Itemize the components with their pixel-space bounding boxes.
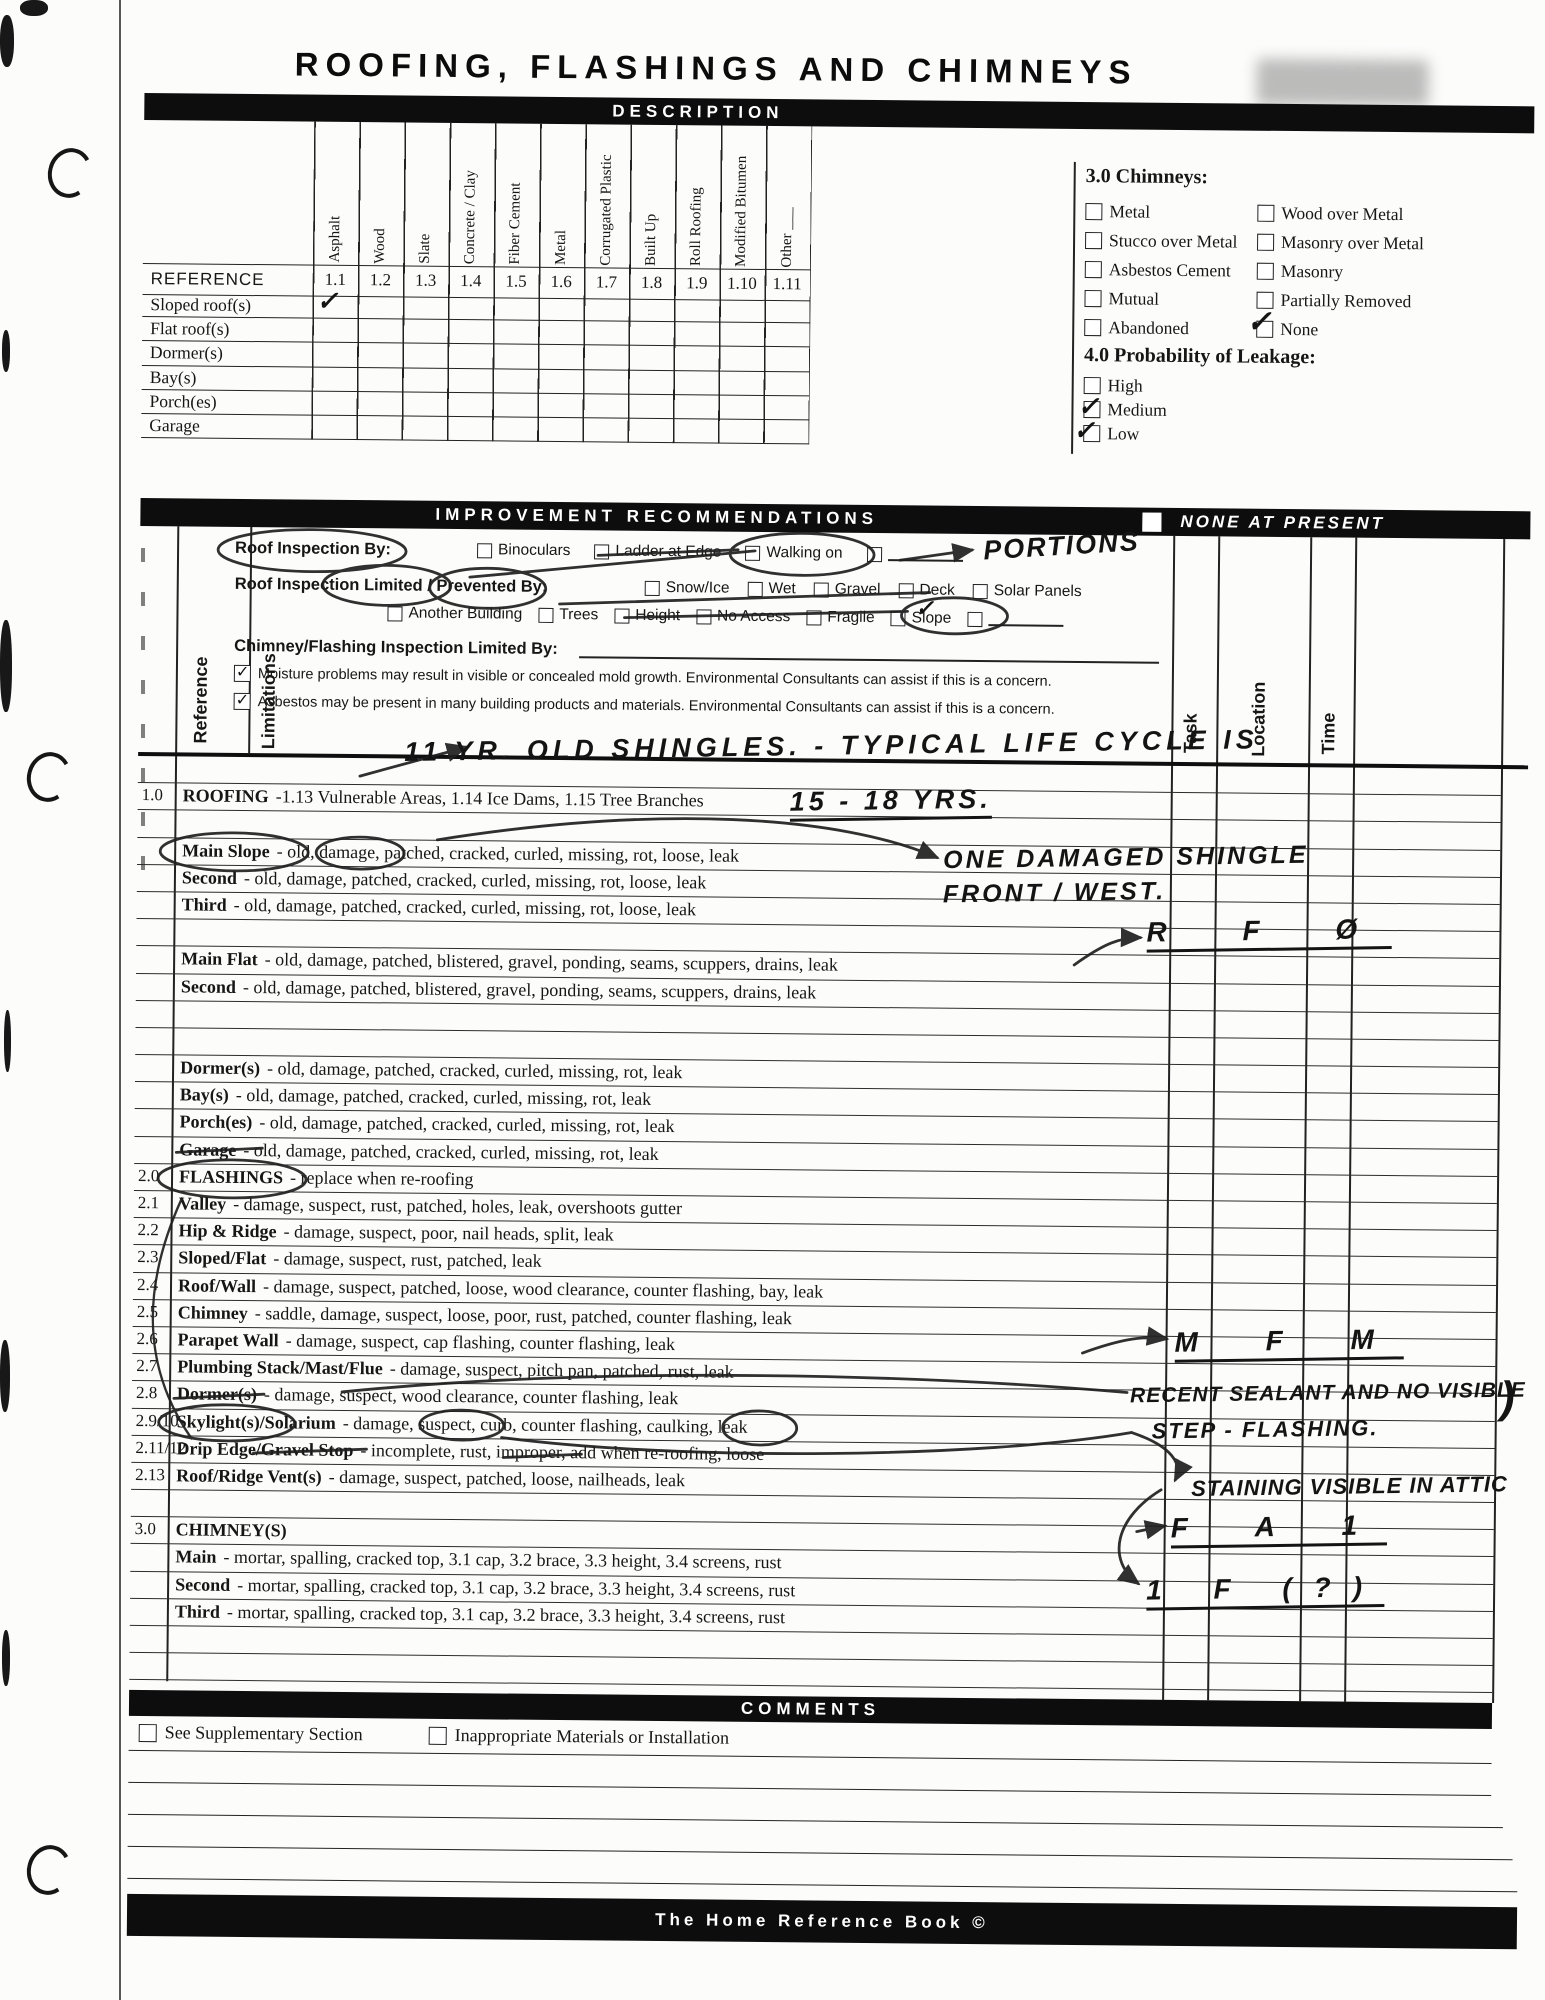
row-content: Third- mortar, spalling, cracked top, 3.…: [175, 1601, 785, 1628]
checkbox[interactable]: [477, 543, 492, 558]
option-label: Binoculars: [498, 541, 571, 560]
checkbox[interactable]: [1257, 234, 1274, 251]
asbestos-note-text: Asbestos may be present in many building…: [258, 694, 1055, 718]
checkbox[interactable]: [1257, 205, 1274, 222]
none-at-present-label: NONE AT PRESENT: [1180, 512, 1385, 534]
row-content: Third- old, damage, patched, cracked, cu…: [182, 894, 697, 920]
row-text: - damage, suspect, patched, loose, wood …: [263, 1276, 823, 1301]
material-column-label: Slate: [418, 232, 434, 266]
row-label: Dormer(s): [180, 1057, 260, 1078]
handwritten-check-slope: ✓: [915, 595, 934, 621]
handwritten-check-none: ✓: [1246, 305, 1272, 340]
ruled-line: [127, 1878, 1517, 1892]
material-column-header: Asphalt: [313, 122, 360, 265]
handwritten-sealant2: STEP - FLASHING.: [1152, 1415, 1379, 1444]
hole-punch-mark: [22, 1840, 77, 1899]
chimney-flashing-limited-label: Chimney/Flashing Inspection Limited By:: [234, 637, 558, 659]
comments-option-label: See Supplementary Section: [165, 1722, 363, 1745]
material-column-label: Modified Bitumen: [734, 153, 751, 268]
material-column-label: Concrete / Clay: [463, 168, 480, 266]
inspection-option: [967, 611, 1063, 627]
checkbox[interactable]: [645, 580, 660, 595]
row-content: Second- mortar, spalling, cracked top, 3…: [175, 1574, 795, 1601]
inspection-option: Walking on: [745, 544, 842, 563]
handwritten-fa1: F A 1: [1170, 1509, 1387, 1548]
chimney-option: Asbestos Cement: [1085, 255, 1257, 286]
inspection-option: [867, 546, 963, 562]
material-column-label: Metal: [553, 228, 569, 267]
checked-checkbox[interactable]: [234, 693, 251, 710]
chimneys-heading: 3.0 Chimneys:: [1086, 165, 1208, 189]
row-label: Main Slope: [182, 840, 270, 861]
redacted-text: [1256, 59, 1428, 107]
checkbox[interactable]: [429, 1726, 447, 1744]
row-text: - mortar, spalling, cracked top, 3.1 cap…: [237, 1575, 795, 1600]
material-column-header: Fiber Cement: [494, 123, 541, 266]
page-title: ROOFING, FLASHINGS AND CHIMNEYS: [295, 45, 1138, 91]
checkbox[interactable]: [745, 545, 760, 560]
checkbox[interactable]: [538, 607, 553, 622]
handwritten-front-west: FRONT / WEST.: [943, 877, 1167, 909]
material-column-header: Slate: [403, 122, 450, 265]
inspection-option: Snow/Ice: [645, 579, 730, 598]
leakage-option-label: Medium: [1107, 399, 1167, 421]
material-column-label: Asphalt: [328, 214, 344, 265]
row-label: Garage: [179, 1139, 236, 1160]
scan-page-edge-line: [119, 0, 121, 2000]
comments-option: See Supplementary Section: [139, 1722, 363, 1745]
row-content: [176, 1492, 183, 1513]
inspection-option: Gravel: [814, 580, 881, 599]
comments-checkboxes: See Supplementary Section Inappropriate …: [139, 1722, 730, 1749]
chimney-options-right: Wood over Metal Masonry over Metal Mason…: [1256, 199, 1437, 346]
row-reference: 2.2: [137, 1220, 158, 1240]
row-text: - old, damage, patched, cracked, curled,…: [243, 1140, 659, 1164]
row-label: Sloped/Flat: [178, 1248, 266, 1269]
footer-bar: The Home Reference Book ©: [127, 1894, 1517, 1949]
ruled-line: [128, 1782, 1491, 1796]
row-reference: 2.8: [136, 1383, 157, 1403]
chimney-option-label: Abandoned: [1108, 317, 1189, 339]
material-column-header: Modified Bitumen: [720, 126, 767, 269]
row-label: Dormer(s): [177, 1384, 257, 1405]
row-content: Garage- old, damage, patched, cracked, c…: [179, 1139, 659, 1165]
row-text: - old, damage, patched, cracked, curled,…: [267, 1058, 683, 1082]
row-content: Main- mortar, spalling, cracked top, 3.1…: [175, 1547, 781, 1574]
row-label: CHIMNEY(S): [176, 1520, 287, 1541]
inspection-option: Wet: [747, 580, 795, 598]
row-text: - old, damage, patched, cracked, curled,…: [236, 1085, 652, 1109]
chimney-options-left: Metal Stucco over Metal Asbestos Cement …: [1084, 197, 1257, 344]
chimney-flashing-limited-blank[interactable]: [579, 638, 1159, 664]
row-text: - old, damage, patched, blistered, grave…: [243, 976, 816, 1002]
option-label: Fragile: [827, 609, 875, 627]
checkbox[interactable]: [747, 581, 762, 596]
scan-artifact: [0, 15, 14, 67]
chimney-option: Mutual: [1084, 284, 1256, 315]
checkbox[interactable]: [1084, 319, 1101, 336]
material-column-header: Built Up: [629, 125, 676, 268]
reference-row-label: REFERENCE: [151, 269, 265, 290]
option-label: Walking on: [766, 544, 842, 563]
checkbox[interactable]: [973, 583, 988, 598]
checkbox[interactable]: [614, 608, 629, 623]
material-column-label: Fiber Cement: [508, 180, 525, 266]
row-text: - damage, suspect, patched, loose, nailh…: [329, 1467, 686, 1490]
leakage-heading: 4.0 Probability of Leakage:: [1084, 344, 1316, 369]
handwritten-check-sloped-roof: ✓: [316, 286, 338, 317]
row-label: Skylight(s)/Solarium: [177, 1411, 336, 1433]
material-column-header: Wood: [358, 122, 405, 265]
inspection-option: Fragile: [806, 608, 875, 627]
chimney-option-label: Partially Removed: [1280, 290, 1411, 312]
main-table: 1.0 ROOFING-1.13 Vulnerable Areas, 1.14 …: [129, 756, 1501, 1693]
hole-punch-mark: [43, 143, 98, 202]
chimney-option: Masonry over Metal: [1257, 228, 1437, 259]
chimney-option: Masonry: [1257, 257, 1437, 288]
row-text: - damage, suspect, pitch pan, patched, r…: [390, 1359, 734, 1382]
checkbox[interactable]: [387, 606, 402, 621]
row-reference: 2.4: [137, 1275, 158, 1295]
chimney-option-label: Mutual: [1108, 288, 1159, 309]
handwritten-one-damaged: ONE DAMAGED SHINGLE: [943, 841, 1309, 875]
scan-artifact: [2, 1630, 10, 1686]
row-content: Roof/Ridge Vent(s)- damage, suspect, pat…: [176, 1465, 685, 1491]
row-label: Second: [175, 1574, 230, 1595]
reference-numbers: 1.11.21.31.41.51.61.71.81.91.101.11: [313, 266, 810, 295]
material-column-label: Other ___: [779, 205, 795, 270]
reference-number: 1.10: [719, 270, 764, 294]
chimney-option-label: None: [1280, 319, 1318, 340]
row-text: - damage, suspect, cap flashing, counter…: [286, 1330, 676, 1354]
row-text: - mortar, spalling, cracked top, 3.1 cap…: [227, 1602, 785, 1627]
material-column-label: Wood: [373, 226, 389, 266]
time-column-header: Time: [1318, 611, 1340, 754]
row-reference: 2.13: [135, 1465, 165, 1485]
checkbox[interactable]: [867, 546, 882, 561]
row-content: [183, 758, 190, 779]
limited-options-row1: Snow/Ice Wet Gravel Deck Solar Panel: [645, 579, 1082, 601]
row-content: [175, 1628, 182, 1649]
row-content: ROOFING-1.13 Vulnerable Areas, 1.14 Ice …: [183, 786, 704, 812]
row-content: [182, 813, 189, 834]
material-column-label: Built Up: [644, 212, 660, 268]
row-label: Second: [182, 867, 237, 888]
inspection-option: Binoculars: [477, 541, 571, 560]
option-label: Wet: [768, 580, 795, 598]
row-text: - old, damage, patched, cracked, curled,…: [234, 895, 697, 919]
chimney-option-label: Masonry over Metal: [1281, 232, 1424, 254]
inspection-option: Height: [614, 607, 680, 626]
row-reference: 2.7: [136, 1356, 157, 1376]
row-content: Porch(es)- old, damage, patched, cracked…: [179, 1112, 674, 1138]
description-row-label: Dormer(s): [150, 342, 223, 364]
leakage-option-label: High: [1108, 375, 1143, 396]
ruled-line: [128, 1814, 1503, 1828]
row-content: Dormer(s)- old, damage, patched, cracked…: [180, 1057, 683, 1083]
scan-artifact: [20, 0, 48, 16]
handwritten-mfm: M F M: [1174, 1323, 1404, 1362]
row-text: - damage, suspect, curb, counter flashin…: [343, 1412, 748, 1436]
chimney-option-label: Stucco over Metal: [1109, 230, 1237, 252]
description-row-label: Sloped roof(s): [150, 294, 251, 316]
checkbox[interactable]: [1257, 263, 1274, 280]
reference-number: 1.6: [539, 268, 584, 292]
description-row[interactable]: Garage: [141, 414, 809, 445]
checkbox[interactable]: [1085, 203, 1102, 220]
chimney-option: None: [1256, 315, 1436, 346]
checkbox[interactable]: [1085, 232, 1102, 249]
chimney-option-label: Wood over Metal: [1281, 203, 1403, 225]
row-content: Second- old, damage, patched, blistered,…: [181, 976, 817, 1003]
row-text: - saddle, damage, suspect, loose, poor, …: [255, 1303, 792, 1328]
material-column-header: Other ___: [765, 126, 812, 269]
roof-inspection-by-label: Roof Inspection By:: [235, 539, 391, 559]
description-row-label: Flat roof(s): [150, 318, 229, 340]
checkbox[interactable]: [139, 1724, 157, 1742]
row-text: - replace when re-roofing: [290, 1167, 474, 1189]
option-label: Ladder at Edge: [615, 543, 721, 562]
row-text: - old, damage, patched, cracked, curled,…: [277, 841, 740, 865]
description-row-label: Porch(es): [149, 391, 216, 413]
footer-text: The Home Reference Book ©: [655, 1910, 989, 1932]
row-content: [181, 922, 188, 943]
inspection-option: Solar Panels: [973, 582, 1082, 601]
row-content: Hip & Ridge- damage, suspect, poor, nail…: [178, 1221, 613, 1246]
hole-punch-mark: [22, 747, 77, 806]
option-label: Solar Panels: [994, 582, 1082, 601]
limited-options-row2: Another Building Trees Height No Access: [387, 604, 1063, 628]
row-reference: 2.6: [136, 1329, 157, 1349]
row-text: - damage, suspect, rust, patched, holes,…: [233, 1194, 682, 1218]
leakage-option-label: Low: [1107, 423, 1139, 444]
row-reference: 3.0: [135, 1519, 156, 1539]
improvement-header-bar: IMPROVEMENT RECOMMENDATIONS NONE AT PRES…: [140, 498, 1530, 539]
material-column-header: Concrete / Clay: [448, 123, 495, 266]
row-content: FLASHINGS- replace when re-roofing: [179, 1166, 474, 1190]
row-content: Plumbing Stack/Mast/Flue- damage, suspec…: [177, 1356, 734, 1382]
row-content: Main Flat- old, damage, patched, blister…: [181, 949, 838, 976]
checkbox[interactable]: [1084, 290, 1101, 307]
row-label: FLASHINGS: [179, 1166, 283, 1187]
row-label: Main Flat: [181, 949, 258, 970]
row-reference: 2.0: [138, 1166, 159, 1186]
description-header-label: DESCRIPTION: [612, 101, 783, 123]
material-column-header: Corrugated Plastic: [584, 124, 631, 267]
asbestos-note: Asbestos may be present in many building…: [234, 693, 1055, 718]
scan-artifact: [0, 1340, 10, 1412]
row-label: Third: [182, 894, 227, 914]
improvement-header-label: IMPROVEMENT RECOMMENDATIONS: [435, 505, 878, 529]
row-label: Valley: [179, 1193, 227, 1213]
handwritten-paren: ): [1500, 1373, 1515, 1423]
reference-number: 1.11: [764, 270, 809, 294]
row-label: Plumbing Stack/Mast/Flue: [177, 1356, 383, 1378]
roof-inspection-by-options: Binoculars Ladder at Edge Walking on: [477, 541, 963, 564]
row-label: Hip & Ridge: [178, 1221, 276, 1242]
row-content: Skylight(s)/Solarium- damage, suspect, c…: [177, 1411, 748, 1437]
row-reference: 2.1: [138, 1193, 159, 1213]
description-column-headers: Asphalt Wood Slate Concrete / Clay Fiber…: [313, 122, 811, 270]
row-text: - damage, suspect, rust, patched, leak: [273, 1249, 542, 1272]
description-row-label: Garage: [149, 415, 200, 436]
row-label: Bay(s): [180, 1085, 229, 1105]
material-column-label: Corrugated Plastic: [599, 152, 616, 267]
row-text: - old, damage, patched, blistered, grave…: [265, 950, 838, 976]
handwritten-lf: 1 F (?): [1146, 1571, 1385, 1611]
row-content: Main Slope- old, damage, patched, cracke…: [182, 840, 739, 866]
row-label: Parapet Wall: [177, 1329, 278, 1350]
row-label: Chimney: [178, 1302, 248, 1323]
row-content: Second- old, damage, patched, cracked, c…: [182, 867, 707, 893]
option-label: Gravel: [835, 581, 881, 599]
checkbox[interactable]: [967, 611, 982, 626]
description-rows: Sloped roof(s) Flat roof(s) Dormer(s) Ba…: [141, 293, 810, 445]
row-content: [180, 1030, 187, 1051]
checked-checkbox[interactable]: [234, 665, 251, 682]
option-label: Snow/Ice: [666, 579, 730, 598]
chimney-option-label: Masonry: [1281, 261, 1343, 283]
inspection-option: No Access: [696, 607, 790, 626]
comments-option-label: Inappropriate Materials or Installation: [455, 1725, 730, 1749]
checkbox[interactable]: [806, 610, 821, 625]
row-text: - mortar, spalling, cracked top, 3.1 cap…: [223, 1547, 781, 1572]
row-reference: 2.3: [137, 1247, 158, 1267]
option-label: Trees: [559, 606, 598, 624]
row-content: Sloped/Flat- damage, suspect, rust, patc…: [178, 1248, 542, 1272]
ruled-line: [128, 1846, 1513, 1860]
option-label: Height: [635, 607, 680, 625]
checkbox[interactable]: [891, 611, 906, 626]
option-label: No Access: [717, 608, 790, 627]
row-content: Bay(s)- old, damage, patched, cracked, c…: [180, 1085, 652, 1111]
option-label: Another Building: [408, 605, 522, 624]
inspection-option: Another Building: [387, 604, 522, 623]
row-label: ROOFING: [183, 786, 269, 807]
chimney-option: Abandoned: [1084, 313, 1256, 344]
row-content: Drip Edge/Gravel Stop- incomplete, rust,…: [176, 1438, 764, 1465]
checkbox[interactable]: [1085, 261, 1102, 278]
reference-number: 1.8: [629, 269, 674, 293]
blank-line: [888, 547, 963, 562]
form-content: ROOFING, FLASHINGS AND CHIMNEYS DESCRIPT…: [126, 38, 1534, 1981]
checkbox[interactable]: [594, 544, 609, 559]
scan-artifact: [2, 330, 10, 372]
material-column-header: Roll Roofing: [674, 125, 721, 268]
row-label: Roof/Wall: [178, 1275, 256, 1296]
chimney-option: Partially Removed: [1256, 286, 1436, 317]
handwritten-rfo: R F Ø: [1146, 913, 1391, 953]
row-label: Main: [175, 1547, 216, 1567]
leakage-option: Low: [1083, 421, 1167, 446]
comments-option: Inappropriate Materials or Installation: [429, 1725, 730, 1749]
material-column-label: Roll Roofing: [689, 185, 706, 268]
reference-number: 1.4: [448, 267, 493, 291]
row-text: - old, damage, patched, cracked, curled,…: [244, 868, 707, 892]
chimney-option: Metal: [1085, 197, 1257, 228]
row-content: Roof/Wall- damage, suspect, patched, loo…: [178, 1275, 823, 1302]
description-row-label: Bay(s): [150, 367, 197, 388]
checkbox[interactable]: [696, 609, 711, 624]
row-content: Parapet Wall- damage, suspect, cap flash…: [177, 1329, 675, 1355]
inspection-option: Ladder at Edge: [594, 542, 721, 561]
row-text: - incomplete, rust, improper, add when r…: [360, 1440, 764, 1464]
chimney-option-label: Metal: [1109, 201, 1150, 222]
row-label: Roof/Ridge Vent(s): [176, 1465, 322, 1486]
row-reference: 2.5: [137, 1302, 158, 1322]
reference-column-header: Reference: [190, 543, 213, 743]
reference-number: 1.7: [584, 268, 629, 292]
row-content: Dormer(s)- damage, suspect, wood clearan…: [177, 1384, 678, 1410]
handwritten-shingles-note2: 15 - 18 YRS.: [789, 784, 992, 822]
row-label: Porch(es): [180, 1112, 253, 1133]
row-text: - old, damage, patched, cracked, curled,…: [259, 1113, 675, 1137]
chimney-option: Wood over Metal: [1257, 199, 1437, 230]
scanned-inspection-form-page: ROOFING, FLASHINGS AND CHIMNEYS DESCRIPT…: [0, 0, 1545, 2000]
row-content: [174, 1656, 181, 1677]
reference-number: 1.9: [674, 269, 719, 293]
reference-number: 1.5: [493, 267, 538, 291]
row-text: - damage, suspect, wood clearance, count…: [264, 1385, 679, 1409]
inspection-option: Trees: [538, 606, 598, 625]
handwritten-staining: STAINING VISIBLE IN ATTIC: [1191, 1471, 1508, 1502]
row-content: Chimney- saddle, damage, suspect, loose,…: [178, 1302, 792, 1329]
material-column-header: Metal: [539, 124, 586, 267]
none-at-present-checkbox[interactable]: [1142, 513, 1161, 532]
moisture-note-text: Moisture problems may result in visible …: [258, 666, 1052, 690]
row-text: -1.13 Vulnerable Areas, 1.14 Ice Dams, 1…: [276, 786, 704, 810]
row-reference: 2.9/10: [136, 1410, 179, 1430]
row-reference: 1.0: [142, 785, 163, 805]
blank-line: [988, 612, 1063, 627]
chimney-option: Stucco over Metal: [1085, 226, 1257, 257]
moisture-note: Moisture problems may result in visible …: [234, 665, 1052, 690]
ruled-line: [129, 1750, 1492, 1764]
row-text: - damage, suspect, poor, nail heads, spl…: [283, 1222, 613, 1245]
limited-prevented-label: Roof Inspection Limited / Prevented By:: [235, 575, 548, 597]
checkbox[interactable]: [898, 583, 913, 598]
row-content: [181, 1003, 188, 1024]
row-content: Valley- damage, suspect, rust, patched, …: [179, 1193, 682, 1219]
row-label: Second: [181, 976, 236, 997]
handwritten-check-low: ✓: [1073, 415, 1095, 446]
scan-artifact: [4, 1010, 11, 1072]
row-label: Drip Edge/Gravel Stop: [176, 1438, 353, 1460]
checkbox[interactable]: [814, 582, 829, 597]
reference-number: 1.3: [403, 266, 448, 290]
row-content: CHIMNEY(S): [176, 1520, 294, 1542]
reference-number: 1.2: [358, 266, 403, 290]
row-label: Third: [175, 1601, 220, 1621]
scan-artifact: [0, 620, 12, 712]
chimney-option-label: Asbestos Cement: [1109, 259, 1231, 281]
